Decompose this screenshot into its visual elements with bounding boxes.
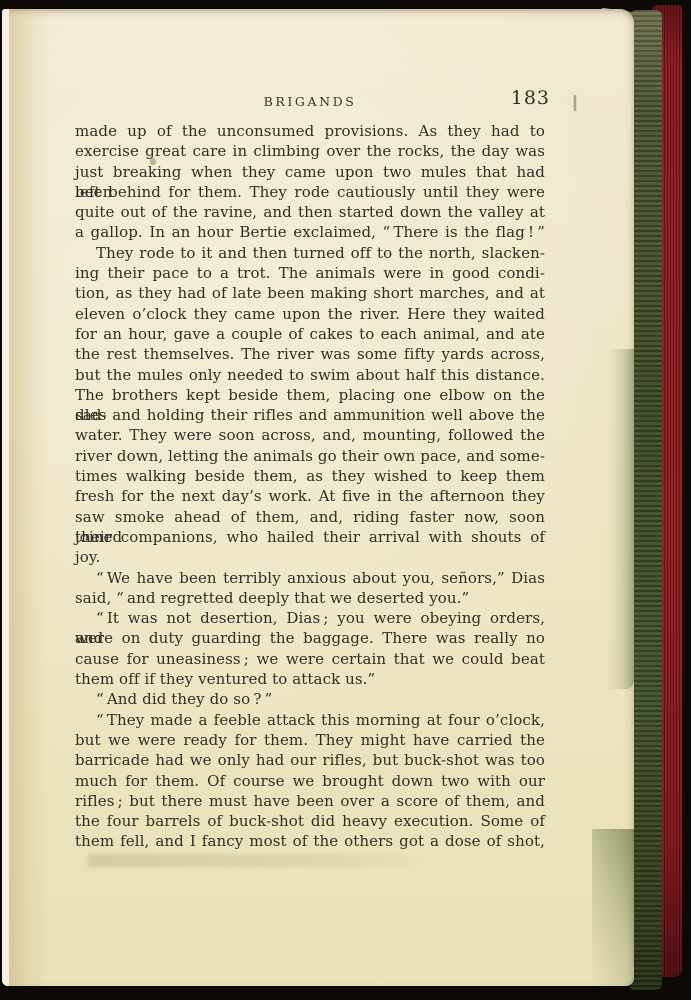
text-line: times walking beside them, as they wishe…	[75, 466, 545, 486]
text-line: left behind for them. They rode cautious…	[75, 182, 545, 202]
text-block: made up of the unconsumed provisions. As…	[75, 121, 545, 852]
text-line: said, “ and regretted deeply that we des…	[75, 588, 545, 608]
text-line: eleven o’clock they came upon the river.…	[75, 304, 545, 324]
text-line: saw smoke ahead of them, and, riding fas…	[75, 507, 545, 527]
text-line: but the mules only needed to swim about …	[75, 365, 545, 385]
text-line: barricade had we only had our rifles, bu…	[75, 750, 545, 770]
text-line: the four barrels of buck-shot did heavy …	[75, 811, 545, 831]
text-line: a gallop. In an hour Bertie exclaimed, “…	[75, 222, 545, 242]
text-line: “ It was not desertion, Dias ; you were …	[75, 608, 545, 628]
text-line: They rode to it and then turned off to t…	[75, 243, 545, 263]
text-line: fresh for the next day’s work. At five i…	[75, 486, 545, 506]
page-left-edge	[2, 9, 9, 986]
page-header: BRIGANDS 183	[75, 87, 545, 111]
ink-bleedthrough	[88, 854, 428, 867]
gutter-shadow	[9, 9, 49, 986]
text-line: cause for uneasiness ; we were certain t…	[75, 649, 545, 669]
text-line: river down, letting the animals go their…	[75, 446, 545, 466]
text-line: dles and holding their rifles and ammuni…	[75, 405, 545, 425]
text-line: tion, as they had of late been making sh…	[75, 283, 545, 303]
text-line: made up of the unconsumed provisions. As…	[75, 121, 545, 141]
text-line: “ They made a feeble attack this morning…	[75, 710, 545, 730]
margin-mark	[574, 95, 576, 111]
paragraph: They rode to it and then turned off to t…	[75, 243, 545, 568]
text-line: joy.	[75, 547, 545, 567]
text-line: rifles ; but there must have been over a…	[75, 791, 545, 811]
text-line: exercise great care in climbing over the…	[75, 141, 545, 161]
page-number: 183	[511, 87, 550, 109]
text-line: just breaking when they came upon two mu…	[75, 162, 545, 182]
text-line: the rest themselves. The river was some …	[75, 344, 545, 364]
paragraph: made up of the unconsumed provisions. As…	[75, 121, 545, 243]
paragraph: “ It was not desertion, Dias ; you were …	[75, 608, 545, 689]
book-page: BRIGANDS 183 made up of the unconsumed p…	[2, 9, 634, 986]
green-stain-mid	[606, 349, 634, 689]
text-line: water. They were soon across, and, mount…	[75, 425, 545, 445]
text-line: ing their pace to a trot. The animals we…	[75, 263, 545, 283]
text-line: were on duty guarding the baggage. There…	[75, 628, 545, 648]
book-page-photo: BRIGANDS 183 made up of the unconsumed p…	[0, 0, 691, 1000]
paragraph: “ We have been terribly anxious about yo…	[75, 568, 545, 609]
text-line: them fell, and I fancy most of the other…	[75, 831, 545, 851]
paragraph: “ They made a feeble attack this morning…	[75, 710, 545, 852]
text-line: them off if they ventured to attack us.”	[75, 669, 545, 689]
text-line: “ We have been terribly anxious about yo…	[75, 568, 545, 588]
text-line: The brothers kept beside them, placing o…	[75, 385, 545, 405]
text-line: quite out of the ravine, and then starte…	[75, 202, 545, 222]
text-line: for an hour, gave a couple of cakes to e…	[75, 324, 545, 344]
text-line: “ And did they do so ? ”	[75, 689, 545, 709]
text-line: much for them. Of course we brought down…	[75, 771, 545, 791]
text-line: their companions, who hailed their arriv…	[75, 527, 545, 547]
text-line: but we were ready for them. They might h…	[75, 730, 545, 750]
running-title: BRIGANDS	[75, 94, 545, 109]
paragraph: “ And did they do so ? ”	[75, 689, 545, 709]
green-stain-bottom	[592, 829, 634, 986]
